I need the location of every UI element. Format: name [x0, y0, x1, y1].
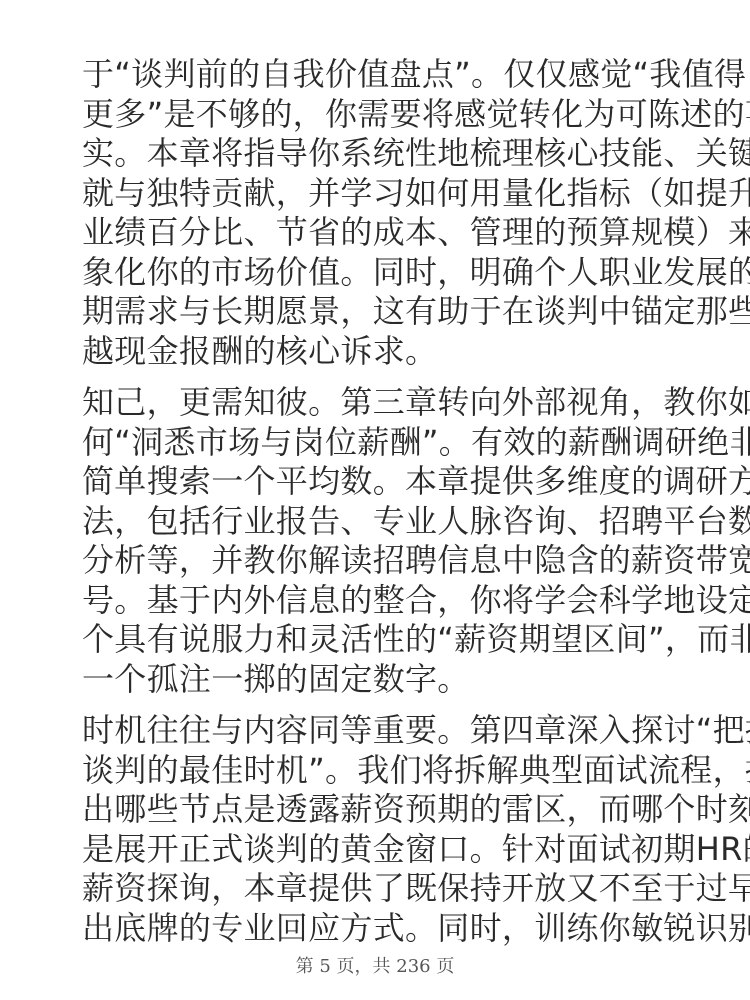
- text-line: 业绩百分比、节省的成本、管理的预算规模）来具: [82, 213, 672, 253]
- text-line: 个具有说服力和灵活性的“薪资期望区间”，而非: [82, 620, 672, 660]
- text-line: 时机往往与内容同等重要。第四章深入探讨“把握: [82, 711, 672, 751]
- text-line: 分析等，并教你解读招聘信息中隐含的薪资带宽信: [82, 541, 672, 581]
- text-line: 越现金报酬的核心诉求。: [82, 332, 672, 372]
- text-line: 法，包括行业报告、专业人脉咨询、招聘平台数据: [82, 502, 672, 542]
- text-line: 薪资探询，本章提供了既保持开放又不至于过早亮: [82, 869, 672, 909]
- text-line: 出哪些节点是透露薪资预期的雷区，而哪个时刻才: [82, 790, 672, 830]
- text-line: 就与独特贡献，并学习如何用量化指标（如提升的: [82, 174, 672, 214]
- text-line: 一个孤注一掷的固定数字。: [82, 660, 672, 700]
- text-line: 象化你的市场价值。同时，明确个人职业发展的短: [82, 253, 672, 293]
- paragraph-market-research: 知己，更需知彼。第三章转向外部视角，教你如 何“洞悉市场与岗位薪酬”。有效的薪酬…: [82, 383, 672, 699]
- text-line: 号。基于内外信息的整合，你将学会科学地设定一: [82, 581, 672, 621]
- document-page: 于“谈判前的自我价值盘点”。仅仅感觉“我值得 更多”是不够的，你需要将感觉转化为…: [82, 55, 672, 960]
- text-line: 期需求与长期愿景，这有助于在谈判中锚定那些超: [82, 292, 672, 332]
- text-line: 更多”是不够的，你需要将感觉转化为可陈述的事: [82, 95, 672, 135]
- text-line: 谈判的最佳时机”。我们将拆解典型面试流程，指: [82, 751, 672, 791]
- text-line: 简单搜索一个平均数。本章提供多维度的调研方: [82, 462, 672, 502]
- text-line: 何“洞悉市场与岗位薪酬”。有效的薪酬调研绝非: [82, 423, 672, 463]
- page-number-footer: 第 5 页，共 236 页: [0, 952, 750, 978]
- paragraph-self-assessment: 于“谈判前的自我价值盘点”。仅仅感觉“我值得 更多”是不够的，你需要将感觉转化为…: [82, 55, 672, 371]
- text-line: 于“谈判前的自我价值盘点”。仅仅感觉“我值得: [82, 55, 672, 95]
- text-line: 实。本章将指导你系统性地梳理核心技能、关键成: [82, 134, 672, 174]
- paragraph-timing: 时机往往与内容同等重要。第四章深入探讨“把握 谈判的最佳时机”。我们将拆解典型面…: [82, 711, 672, 948]
- text-line: 知己，更需知彼。第三章转向外部视角，教你如: [82, 383, 672, 423]
- text-line: 是展开正式谈判的黄金窗口。针对面试初期HR的: [82, 830, 672, 870]
- text-line: 出底牌的专业回应方式。同时，训练你敏锐识别雇: [82, 909, 672, 949]
